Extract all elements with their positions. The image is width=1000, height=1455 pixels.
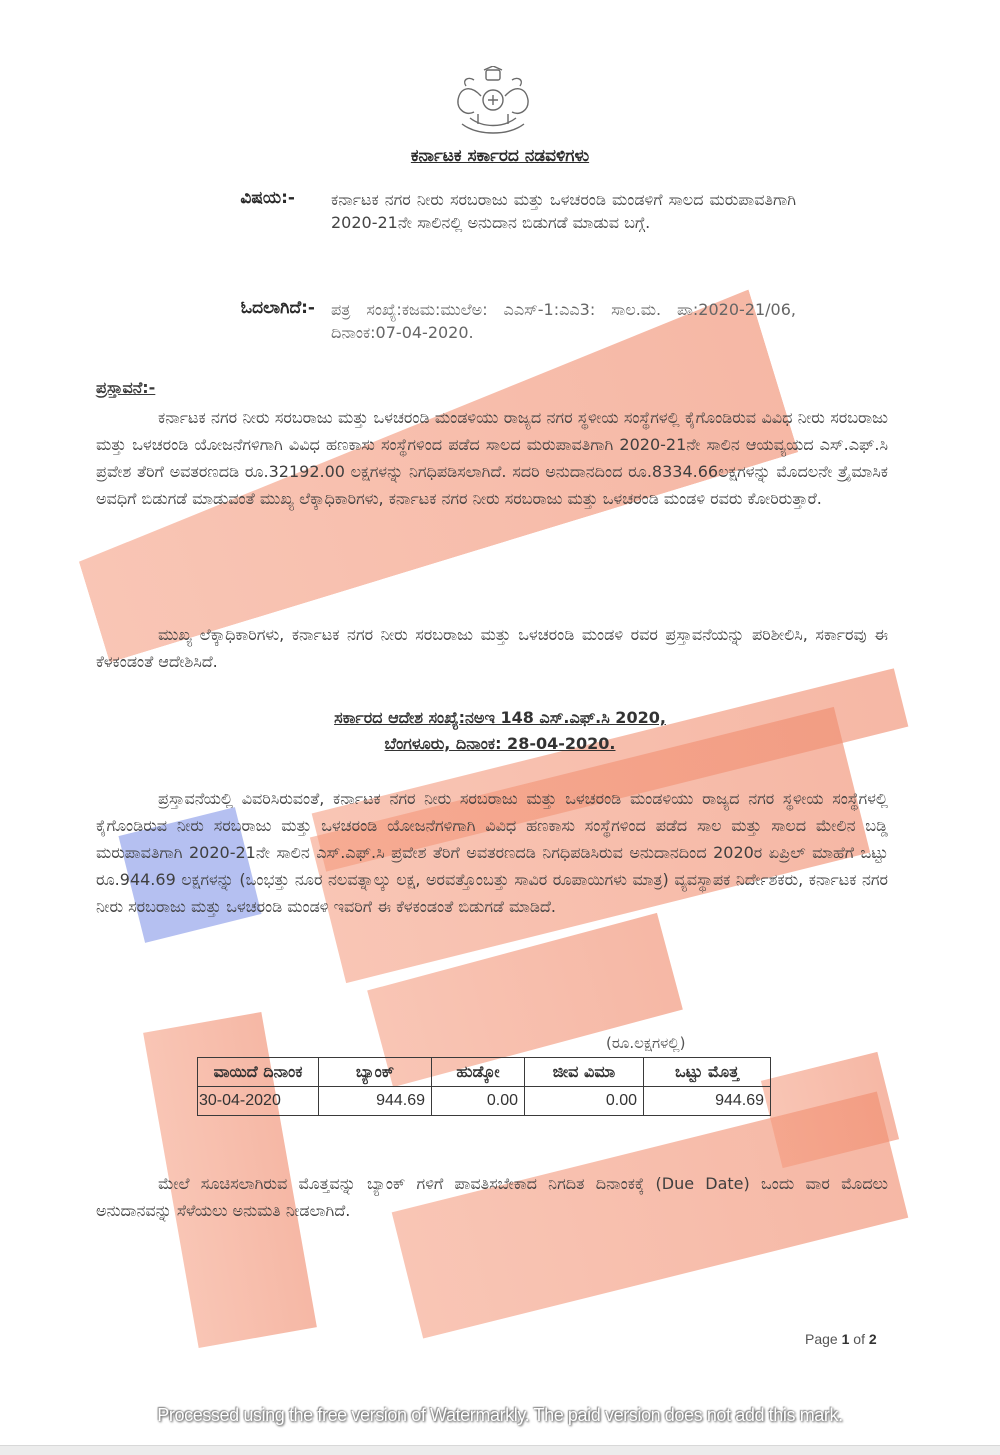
column-header-hudco: ಹುಡ್ಕೋ <box>432 1058 525 1087</box>
page-bottom-divider <box>0 1445 1000 1455</box>
preamble-paragraph-2: ಮುಖ್ಯ ಲೆಕ್ಕಾಧಿಕಾರಿಗಳು, ಕರ್ನಾಟಕ ನಗರ ನೀರು … <box>96 621 888 675</box>
preamble-heading: ಪ್ರಸ್ತಾವನೆ:- <box>96 378 155 398</box>
cell-hudco: 0.00 <box>432 1087 525 1116</box>
order-paragraph: ಪ್ರಸ್ತಾವನೆಯಲ್ಲಿ ವಿವರಿಸಿರುವಂತೆ, ಕರ್ನಾಟಕ ನ… <box>96 785 888 920</box>
cell-bank: 944.69 <box>319 1087 432 1116</box>
cell-lic: 0.00 <box>525 1087 644 1116</box>
table-row: 30-04-2020 944.69 0.00 0.00 944.69 <box>198 1087 771 1116</box>
subject-text: ಕರ್ನಾಟಕ ನಗರ ನೀರು ಸರಬರಾಜು ಮತ್ತು ಒಳಚರಂಡಿ ಮ… <box>331 188 796 234</box>
page-number: Page 1 of 2 <box>805 1331 877 1347</box>
preamble-paragraph-1: ಕರ್ನಾಟಕ ನಗರ ನೀರು ಸರಬರಾಜು ಮತ್ತು ಒಳಚರಂಡಿ ಮ… <box>96 404 888 512</box>
page-current: 1 <box>842 1331 850 1347</box>
karnataka-state-emblem-icon <box>448 66 538 138</box>
page-label: Page <box>805 1331 838 1347</box>
closing-paragraph: ಮೇಲೆ ಸೂಚಿಸಲಾಗಿರುವ ಮೊತ್ತವನ್ನು ಬ್ಯಾಂಕ್ ಗಳಿ… <box>96 1170 888 1224</box>
order-number-line: ಸರ್ಕಾರದ ಆದೇಶ ಸಂಖ್ಯೆ:ನಅಇ 148 ಎಸ್.ಎಫ್.ಸಿ 2… <box>334 708 666 727</box>
table-header-row: ವಾಯಿದೆ ದಿನಾಂಕ ಬ್ಯಾಂಕ್ ಹುಡ್ಕೋ ಜೀವ ವಿಮಾ ಒಟ… <box>198 1058 771 1087</box>
reference-text: ಪತ್ರ ಸಂಖ್ಯೆ:ಕಜಮ:ಮುಲೆಅ: ಎಎಸ್-1:ಎಎ3: ಸಾಲ.ಮ… <box>331 298 796 344</box>
document-title: ಕರ್ನಾಟಕ ಸರ್ಕಾರದ ನಡವಳಿಗಳು <box>0 146 1000 166</box>
cell-total: 944.69 <box>644 1087 771 1116</box>
watermark-notice: Processed using the free version of Wate… <box>0 1405 1000 1426</box>
unit-note: (ರೂ.ಲಕ್ಷಗಳಲ್ಲಿ) <box>606 1034 685 1052</box>
cell-due-date: 30-04-2020 <box>198 1087 319 1116</box>
title-text: ಕರ್ನಾಟಕ ಸರ್ಕಾರದ ನಡವಳಿಗಳು <box>411 146 589 166</box>
reference-label: ಓದಲಾಗಿದೆ:- <box>185 298 315 318</box>
overlay-shape <box>761 1052 899 1168</box>
column-header-total: ಒಟ್ಟು ಮೊತ್ತ <box>644 1058 771 1087</box>
column-header-due-date: ವಾಯಿದೆ ದಿನಾಂಕ <box>198 1058 319 1087</box>
order-date-line: ಬೆಂಗಳೂರು, ದಿನಾಂಕ: 28-04-2020. <box>385 734 616 753</box>
page-total: 2 <box>869 1331 877 1347</box>
column-header-bank: ಬ್ಯಾಂಕ್ <box>319 1058 432 1087</box>
document-page: ಕರ್ನಾಟಕ ಸರ್ಕಾರದ ನಡವಳಿಗಳು ವಿಷಯ:- ಕರ್ನಾಟಕ … <box>0 0 1000 1445</box>
grant-release-table: ವಾಯಿದೆ ದಿನಾಂಕ ಬ್ಯಾಂಕ್ ಹುಡ್ಕೋ ಜೀವ ವಿಮಾ ಒಟ… <box>197 1057 771 1116</box>
page-of: of <box>853 1331 865 1347</box>
order-number: ಸರ್ಕಾರದ ಆದೇಶ ಸಂಖ್ಯೆ:ನಅಇ 148 ಎಸ್.ಎಫ್.ಸಿ 2… <box>0 705 1000 731</box>
column-header-lic: ಜೀವ ವಿಮಾ <box>525 1058 644 1087</box>
order-date: ಬೆಂಗಳೂರು, ದಿನಾಂಕ: 28-04-2020. <box>0 731 1000 757</box>
subject-label: ವಿಷಯ:- <box>165 188 295 208</box>
